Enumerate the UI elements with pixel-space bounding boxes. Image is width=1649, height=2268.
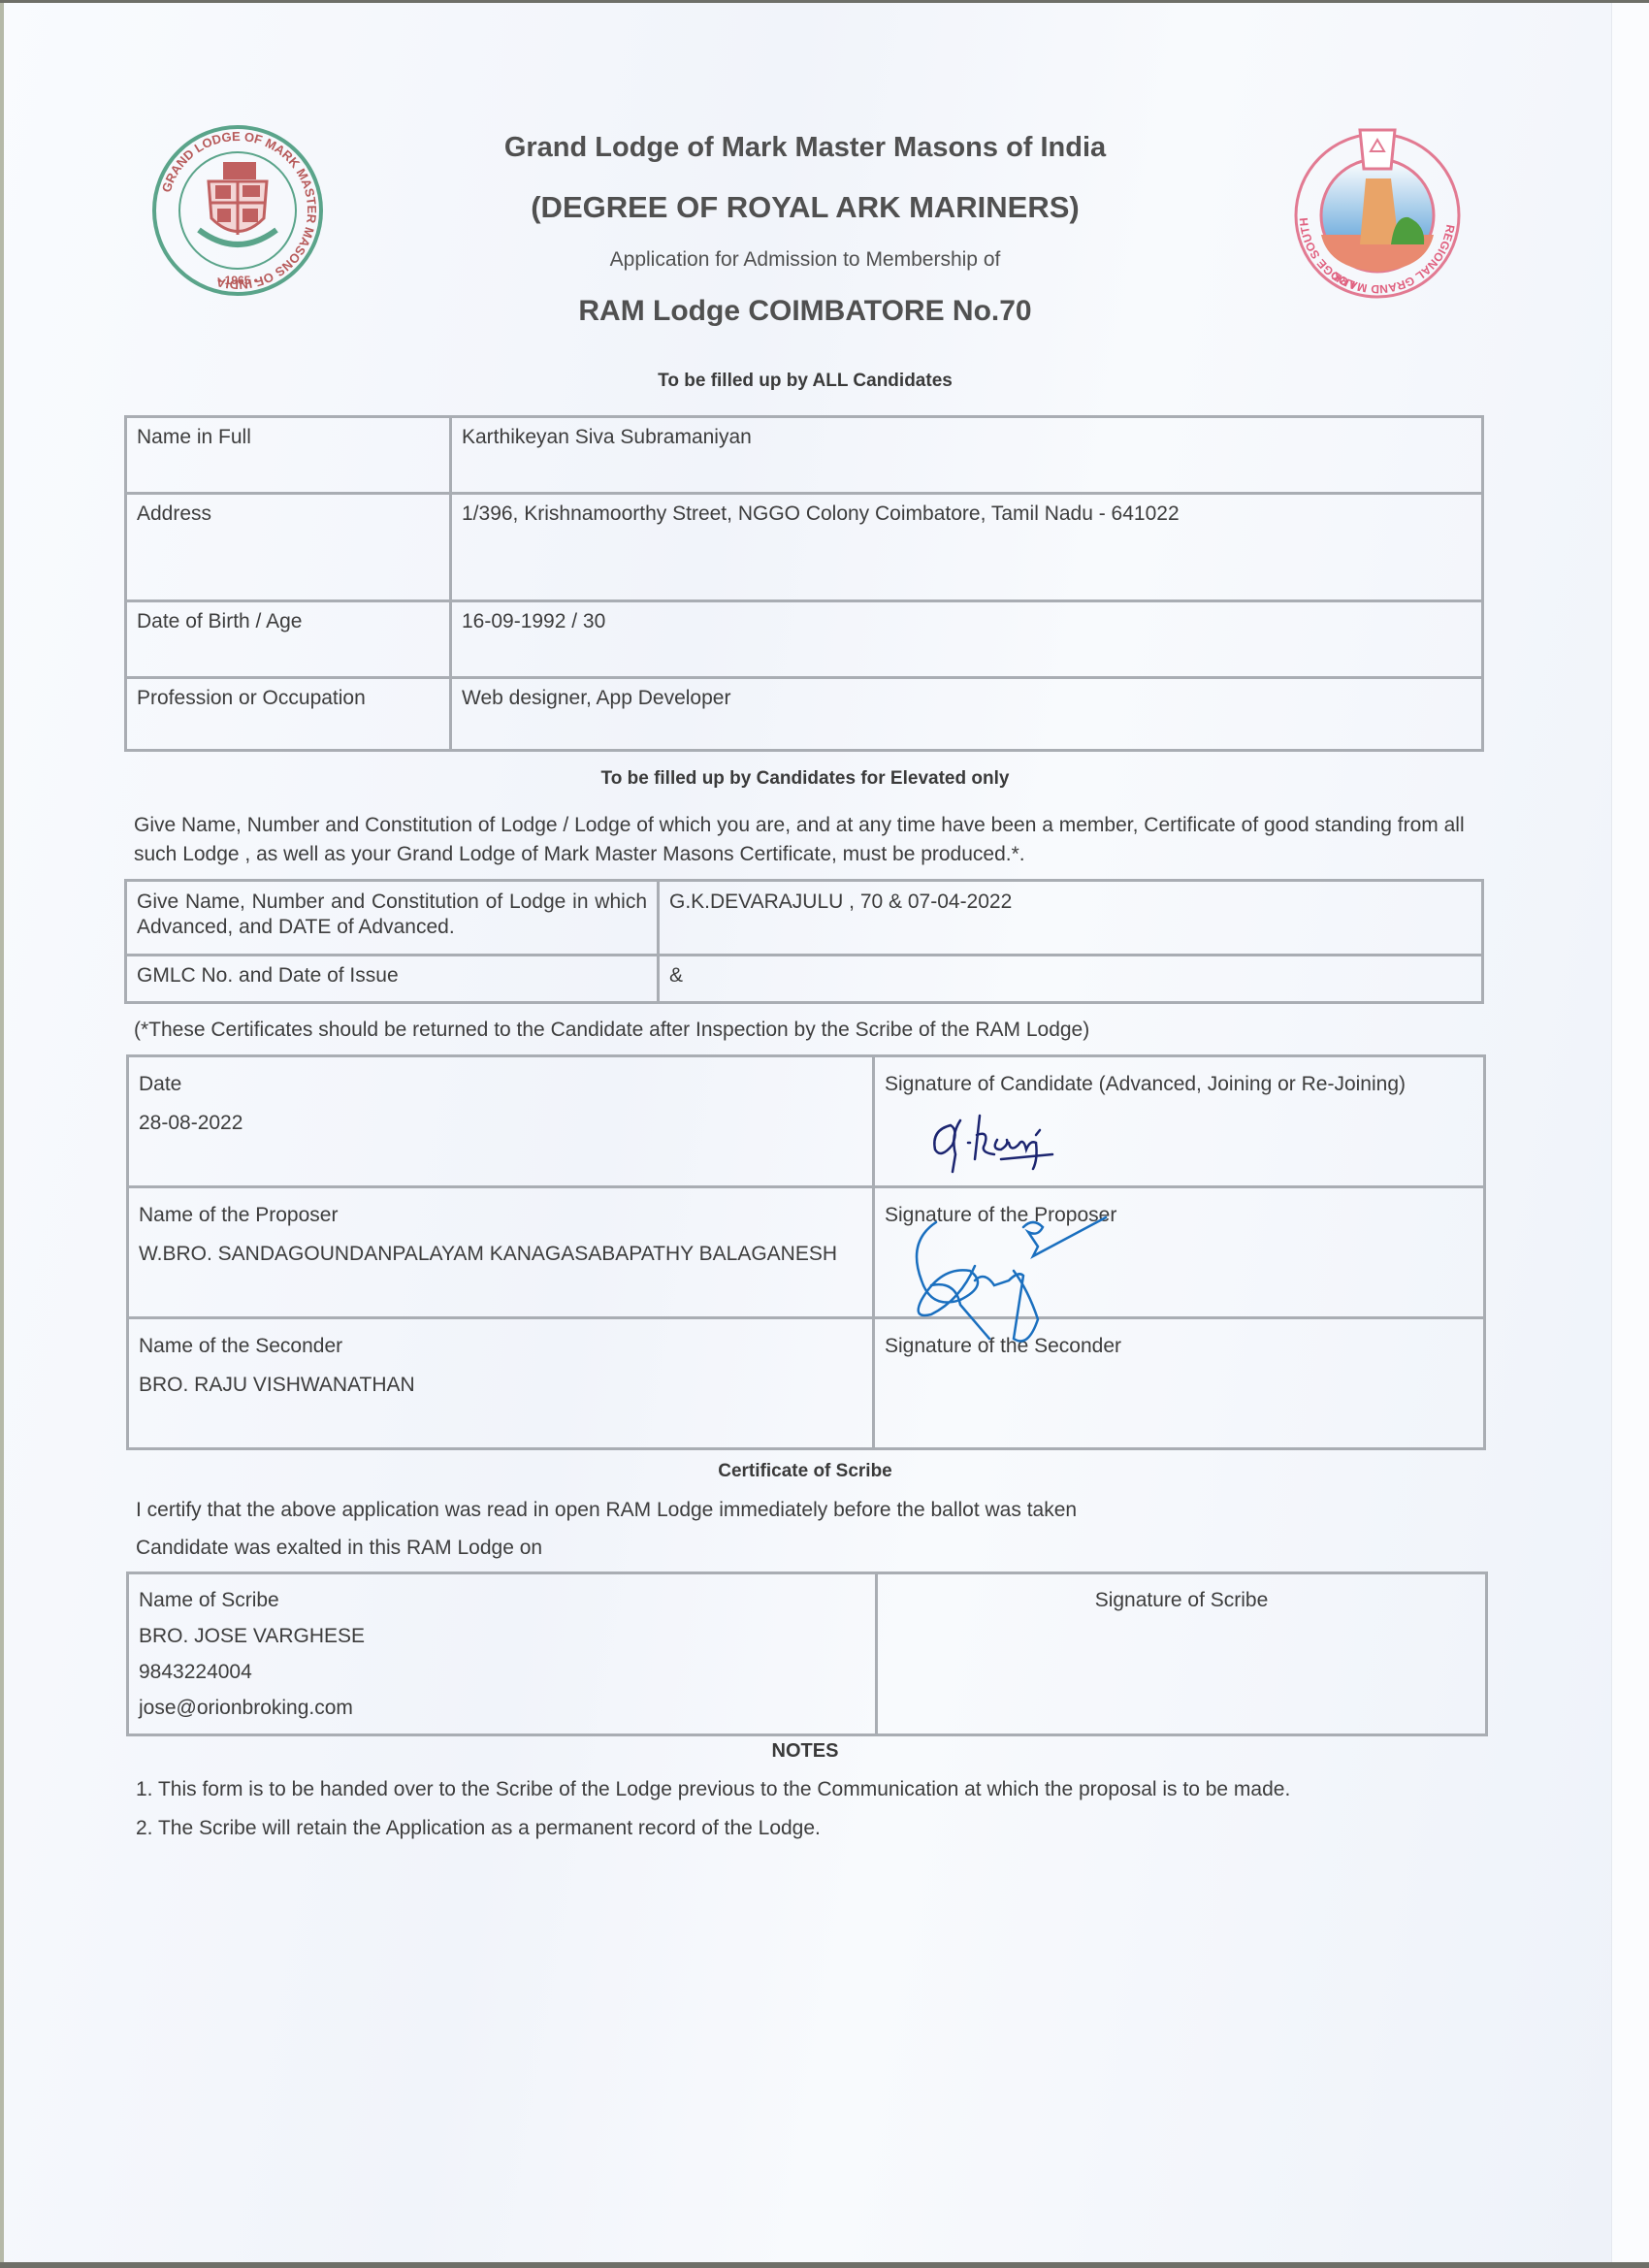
proposer-signature-label: Signature of the Proposer <box>885 1196 1473 1235</box>
table-row: Name of the Proposer W.BRO. SANDAGOUNDAN… <box>128 1187 1485 1318</box>
name-label: Name in Full <box>126 417 451 494</box>
lodge-name: RAM Lodge COIMBATORE No.70 <box>0 295 1610 328</box>
certificates-footnote: (*These Certificates should be returned … <box>134 1016 1492 1045</box>
date-cell: Date 28-08-2022 <box>128 1056 874 1187</box>
scribe-name-field[interactable]: BRO. JOSE VARGHESE <box>139 1618 865 1654</box>
table-row: Name of Scribe BRO. JOSE VARGHESE 984322… <box>128 1573 1487 1735</box>
certificate-of-scribe-title: Certificate of Scribe <box>0 1461 1610 1482</box>
seconder-cell: Name of the Seconder BRO. RAJU VISHWANAT… <box>128 1318 874 1449</box>
application-line: Application for Admission to Membership … <box>0 248 1610 272</box>
elevated-instructions: Give Name, Number and Constitution of Lo… <box>134 811 1492 869</box>
seconder-signature-label: Signature of the Seconder <box>885 1327 1473 1366</box>
profession-label: Profession or Occupation <box>126 678 451 751</box>
table-row: Name of the Seconder BRO. RAJU VISHWANAT… <box>128 1318 1485 1449</box>
profession-field[interactable]: Web designer, App Developer <box>451 678 1483 751</box>
advanced-lodge-field[interactable]: G.K.DEVARAJULU , 70 & 07-04-2022 <box>659 881 1483 956</box>
scribe-exalted-line: Candidate was exalted in this RAM Lodge … <box>136 1534 1494 1563</box>
name-field[interactable]: Karthikeyan Siva Subramaniyan <box>451 417 1483 494</box>
candidate-signature-cell[interactable]: Signature of Candidate (Advanced, Joinin… <box>874 1056 1485 1187</box>
scan-margin <box>1611 0 1649 2268</box>
proposer-signature-cell[interactable]: Signature of the Proposer <box>874 1187 1485 1318</box>
scan-edge-bottom <box>0 2262 1649 2268</box>
scribe-details-cell: Name of Scribe BRO. JOSE VARGHESE 984322… <box>128 1573 877 1735</box>
note-item: 2. The Scribe will retain the Applicatio… <box>136 1814 1494 1843</box>
dob-age-label: Date of Birth / Age <box>126 601 451 678</box>
scribe-signature-label: Signature of Scribe <box>888 1582 1475 1618</box>
scan-edge-left <box>0 0 4 2268</box>
proposer-label: Name of the Proposer <box>139 1196 862 1235</box>
elevated-table: Give Name, Number and Constitution of Lo… <box>124 879 1484 1004</box>
proposer-field[interactable]: W.BRO. SANDAGOUNDANPALAYAM KANAGASABAPAT… <box>139 1235 862 1274</box>
signatures-table: Date 28-08-2022 Signature of Candidate (… <box>126 1054 1486 1450</box>
table-row: Address 1/396, Krishnamoorthy Street, NG… <box>126 494 1483 601</box>
dob-age-field[interactable]: 16-09-1992 / 30 <box>451 601 1483 678</box>
seconder-label: Name of the Seconder <box>139 1327 862 1366</box>
scan-edge-top <box>0 0 1649 3</box>
proposer-cell: Name of the Proposer W.BRO. SANDAGOUNDAN… <box>128 1187 874 1318</box>
scribe-certify-line: I certify that the above application was… <box>136 1496 1494 1525</box>
section-elevated: To be filled up by Candidates for Elevat… <box>0 768 1610 790</box>
gmlc-field[interactable]: & <box>659 956 1483 1003</box>
scribe-name-label: Name of Scribe <box>139 1582 865 1618</box>
date-label: Date <box>139 1065 862 1104</box>
address-field[interactable]: 1/396, Krishnamoorthy Street, NGGO Colon… <box>451 494 1483 601</box>
scribe-signature-cell[interactable]: Signature of Scribe <box>877 1573 1487 1735</box>
table-row: GMLC No. and Date of Issue & <box>126 956 1483 1003</box>
advanced-lodge-label: Give Name, Number and Constitution of Lo… <box>126 881 659 956</box>
candidate-signature-label: Signature of Candidate (Advanced, Joinin… <box>885 1065 1473 1104</box>
svg-text:• 1965 •: • 1965 • <box>217 274 258 287</box>
notes-title: NOTES <box>0 1740 1610 1763</box>
scribe-table: Name of Scribe BRO. JOSE VARGHESE 984322… <box>126 1571 1488 1736</box>
table-row: Profession or Occupation Web designer, A… <box>126 678 1483 751</box>
scribe-phone-field[interactable]: 9843224004 <box>139 1654 865 1690</box>
seconder-field[interactable]: BRO. RAJU VISHWANATHAN <box>139 1366 862 1405</box>
note-item: 1. This form is to be handed over to the… <box>136 1775 1494 1804</box>
date-field[interactable]: 28-08-2022 <box>139 1104 862 1143</box>
table-row: Name in Full Karthikeyan Siva Subramaniy… <box>126 417 1483 494</box>
section-all-candidates: To be filled up by ALL Candidates <box>0 371 1610 392</box>
table-row: Date 28-08-2022 Signature of Candidate (… <box>128 1056 1485 1187</box>
degree-title: (DEGREE OF ROYAL ARK MARINERS) <box>0 190 1610 225</box>
seconder-signature-cell[interactable]: Signature of the Seconder <box>874 1318 1485 1449</box>
gmlc-label: GMLC No. and Date of Issue <box>126 956 659 1003</box>
table-row: Give Name, Number and Constitution of Lo… <box>126 881 1483 956</box>
org-title: Grand Lodge of Mark Master Masons of Ind… <box>0 132 1610 164</box>
candidate-details-table: Name in Full Karthikeyan Siva Subramaniy… <box>124 415 1484 752</box>
address-label: Address <box>126 494 451 601</box>
table-row: Date of Birth / Age 16-09-1992 / 30 <box>126 601 1483 678</box>
scribe-email-field[interactable]: jose@orionbroking.com <box>139 1690 865 1726</box>
